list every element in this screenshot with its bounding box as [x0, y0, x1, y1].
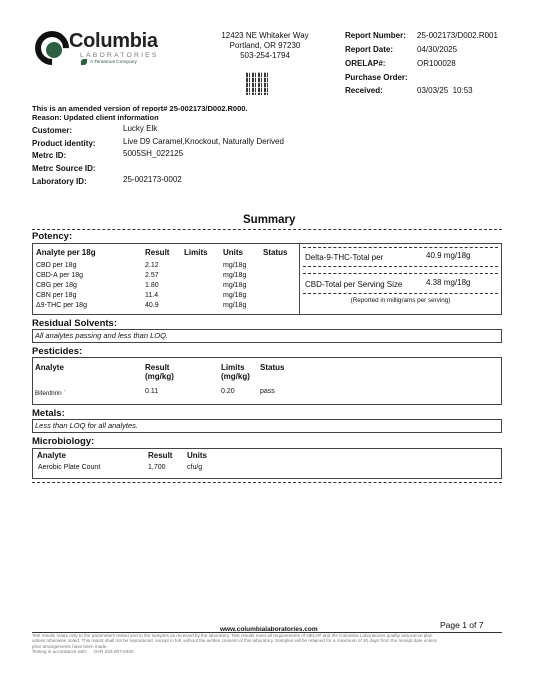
logo-wordmark: Columbia [69, 30, 158, 53]
report-number-value: 25-002173/D002.R001 [417, 31, 498, 40]
metrc-id-value: 5005SH_022125 [123, 149, 183, 158]
analyte-status: pass [260, 388, 275, 395]
disclaimer-line: unless otherwise noted. This report shal… [32, 638, 437, 643]
analyte-label: Bifenthrin [35, 390, 62, 397]
analyte-result: 40.9 [145, 302, 159, 309]
report-date-label: Report Date: [345, 45, 393, 54]
potency-divider [299, 243, 300, 314]
pesticides-header-status: Status [260, 363, 284, 372]
potency-title: Potency: [32, 231, 72, 242]
summary-title: Summary [243, 214, 295, 226]
pesticides-header-limits: Limits (mg/kg) [221, 363, 250, 381]
analyte-name: Δ9-THC per 18g [36, 302, 87, 309]
potency-note: (Reported in milligrams per serving) [303, 297, 498, 304]
analyte-name: CBN per 18g [36, 292, 76, 299]
header-line: (mg/kg) [145, 372, 174, 381]
pesticides-header-result: Result (mg/kg) [145, 363, 174, 381]
residual-solvents-title: Residual Solvents: [32, 318, 117, 329]
micro-header-result: Result [148, 451, 172, 460]
potency-header-units: Units [223, 248, 243, 257]
analyte-result: 1.80 [145, 282, 159, 289]
potency-header-limits: Limits [184, 248, 208, 257]
header-line: Result [145, 363, 174, 372]
analyte-result: 1,700 [148, 464, 166, 471]
logo-green-dot-icon [46, 42, 62, 58]
tentamus-leaf-icon [81, 59, 87, 65]
analyte-name: CBD per 18g [36, 262, 76, 269]
received-value: 03/03/25 10:53 [417, 86, 473, 95]
divider [303, 266, 498, 267]
footer-disclaimer: Test results relate only to the paramete… [32, 633, 437, 654]
micro-header-analyte: Analyte [37, 451, 66, 460]
purchase-order-label: Purchase Order: [345, 73, 408, 82]
analyte-units: mg/18g [223, 262, 246, 269]
divider [32, 482, 502, 483]
qr-code-icon[interactable] [246, 72, 269, 95]
analyte-units: mg/18g [223, 282, 246, 289]
product-identity-value: Live D9 Caramel,Knockout, Naturally Deri… [123, 137, 284, 146]
micro-header-units: Units [187, 451, 207, 460]
analyte-units: mg/18g [223, 272, 246, 279]
analyte-limits: 0.20 [221, 388, 235, 395]
analyte-result: 2.57 [145, 272, 159, 279]
product-identity-label: Product identity: [32, 139, 96, 148]
analyte-units: cfu/g [187, 464, 202, 471]
header-line: Limits [221, 363, 250, 372]
metrc-source-id-label: Metrc Source ID: [32, 164, 96, 173]
analyte-name: CBD-A per 18g [36, 272, 83, 279]
analyte-marker: + [63, 388, 65, 393]
header-line: (mg/kg) [221, 372, 250, 381]
analyte-name: CBG per 18g [36, 282, 77, 289]
metrc-id-label: Metrc ID: [32, 151, 66, 160]
address-phone: 503-254-1794 [200, 51, 330, 61]
logo-tagline: A Tentamus Company [90, 60, 137, 65]
address-line: Portland, OR 97230 [200, 41, 330, 51]
analyte-units: mg/18g [223, 292, 246, 299]
pesticides-title: Pesticides: [32, 346, 82, 357]
cbd-total-label: CBD-Total per Serving Size [305, 280, 402, 289]
divider [303, 293, 498, 294]
report-date-value: 04/30/2025 [417, 45, 457, 54]
thc-total-value: 40.9 mg/18g [426, 251, 470, 260]
report-number-label: Report Number: [345, 31, 406, 40]
analyte-result: 2.12 [145, 262, 159, 269]
microbiology-table [32, 448, 502, 479]
lab-address: 12423 NE Whitaker Way Portland, OR 97230… [200, 31, 330, 61]
page-number: Page 1 of 7 [440, 620, 483, 630]
orelap-value: OR100028 [417, 59, 456, 68]
analyte-result: 11.4 [145, 292, 158, 299]
analyte-units: mg/18g [223, 302, 246, 309]
analyte-name: Bifenthrin + [35, 388, 66, 397]
divider [303, 247, 498, 248]
metals-title: Metals: [32, 408, 65, 419]
pesticides-header-analyte: Analyte [35, 363, 64, 372]
disclaimer-line: Testing in accordance with: OAR 333-007-… [32, 649, 437, 654]
laboratory-id-value: 25-002173-0002 [123, 175, 182, 184]
residual-solvents-result: All analytes passing and less than LOQ. [35, 331, 168, 340]
customer-label: Customer: [32, 126, 72, 135]
divider [32, 229, 502, 230]
customer-value: Lucky Elk [123, 124, 157, 133]
orelap-label: ORELAP#: [345, 59, 385, 68]
metals-result: Less than LOQ for all analytes. [35, 421, 138, 430]
divider [303, 273, 498, 274]
potency-header-analyte: Analyte per 18g [36, 248, 96, 257]
address-line: 12423 NE Whitaker Way [200, 31, 330, 41]
amendment-reason: Reason: Updated client information [32, 113, 159, 122]
amendment-notice: This is an amended version of report# 25… [32, 104, 248, 113]
analyte-name: Aerobic Plate Count [38, 464, 100, 471]
logo-subtitle: LABORATORIES [80, 52, 159, 59]
received-label: Received: [345, 86, 383, 95]
laboratory-id-label: Laboratory ID: [32, 177, 87, 186]
potency-header-result: Result [145, 248, 169, 257]
potency-header-status: Status [263, 248, 287, 257]
cbd-total-value: 4.38 mg/18g [426, 278, 470, 287]
analyte-result: 0.11 [145, 388, 158, 395]
microbiology-title: Microbiology: [32, 436, 94, 447]
thc-total-label: Delta-9-THC-Total per [305, 253, 383, 262]
